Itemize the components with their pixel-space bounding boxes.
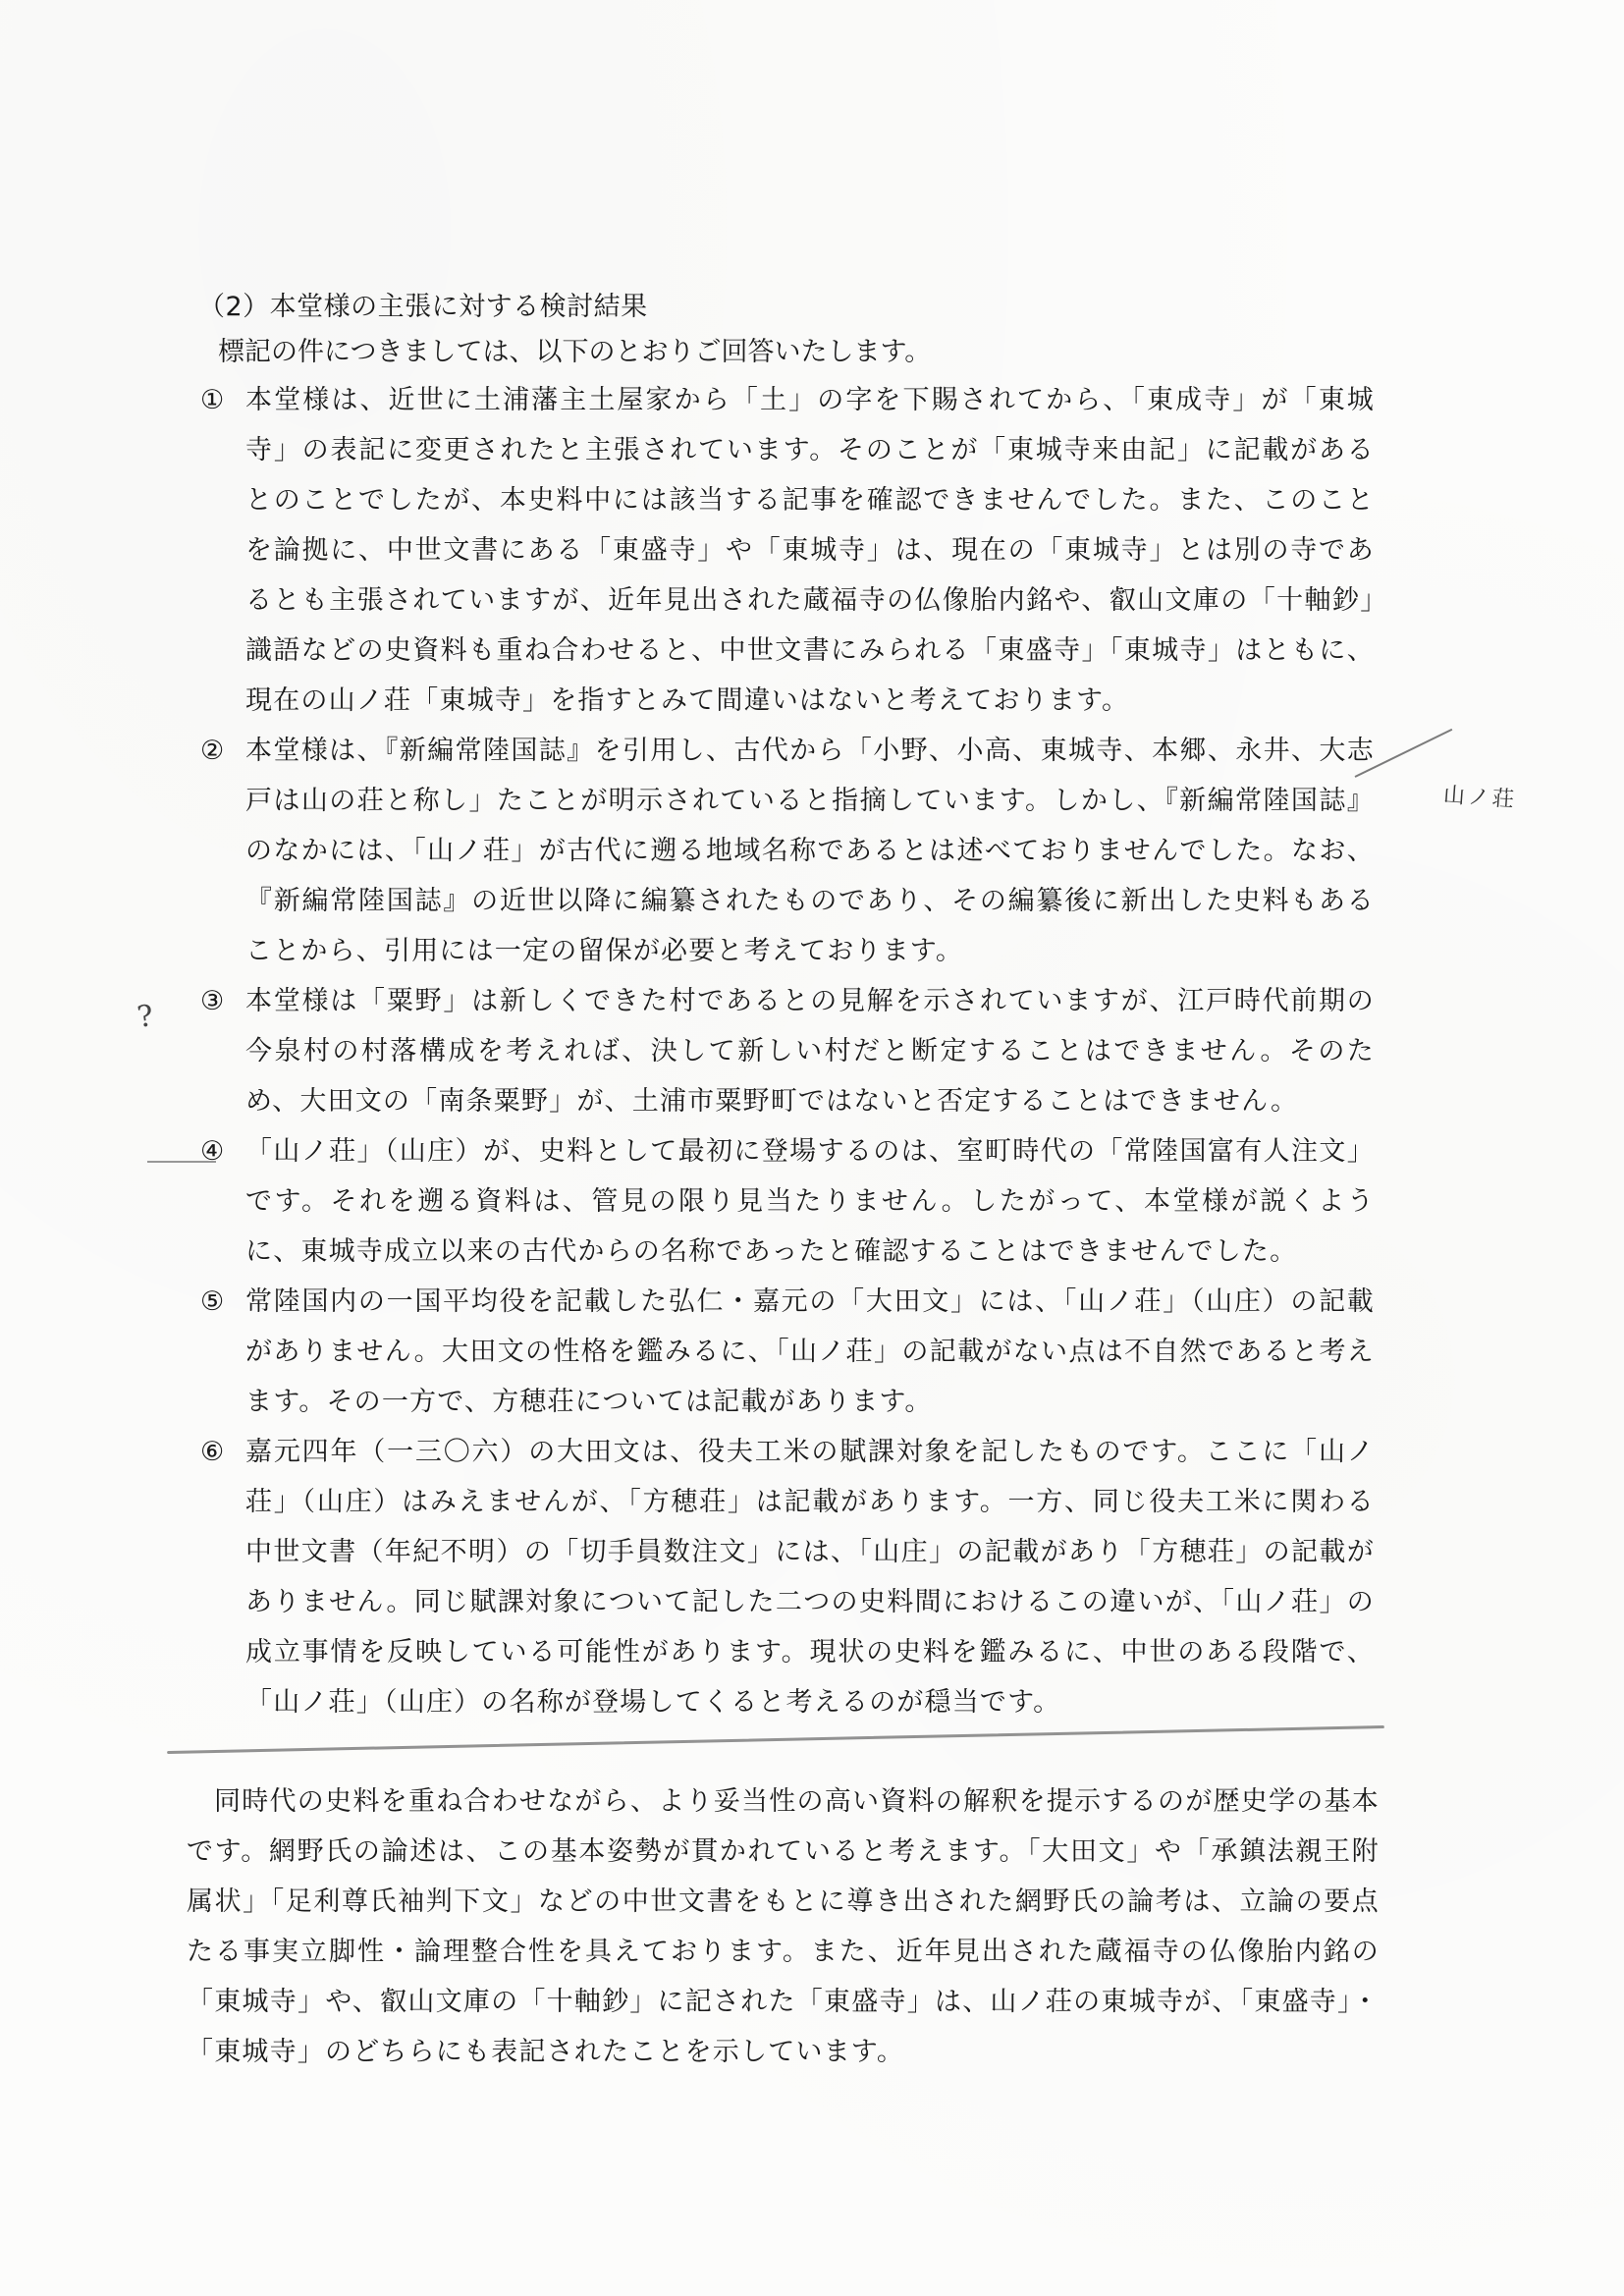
- finding-item-3: ③ 本堂様は「粟野」は新しくできた村であるとの見解を示されていますが、江戸時代前…: [196, 976, 1375, 1126]
- finding-item-2: ② 本堂様は、『新編常陸国誌』を引用し、古代から「小野、小高、東城寺、本郷、永井…: [196, 726, 1375, 976]
- item-number: ⑤: [200, 1277, 225, 1327]
- handwritten-underline: [167, 1725, 1384, 1754]
- item-text: 本堂様は、『新編常陸国誌』を引用し、古代から「小野、小高、東城寺、本郷、永井、大…: [245, 726, 1375, 976]
- item-text: 常陸国内の一国平均役を記載した弘仁・嘉元の「大田文」には、「山ノ荘」（山庄）の記…: [245, 1277, 1375, 1427]
- findings-list: ① 本堂様は、近世に土浦藩主土屋家から「土」の字を下賜されてから、「東成寺」が「…: [196, 375, 1375, 1727]
- conclusion-paragraph: 同時代の史料を重ね合わせながら、より妥当性の高い資料の解釈を提示するのが歴史学の…: [187, 1777, 1380, 2077]
- finding-item-5: ⑤ 常陸国内の一国平均役を記載した弘仁・嘉元の「大田文」には、「山ノ荘」（山庄）…: [196, 1277, 1375, 1427]
- item-number: ②: [200, 726, 225, 776]
- item-number: ⑥: [200, 1427, 225, 1477]
- document-body: （2）本堂様の主張に対する検討結果 標記の件につきましては、以下のとおりご回答い…: [196, 285, 1375, 2104]
- handwritten-question-mark: ?: [135, 999, 156, 1035]
- item-text: 嘉元四年（一三〇六）の大田文は、役夫工米の賦課対象を記したものです。ここに「山ノ…: [245, 1427, 1375, 1727]
- item-text: 本堂様は、近世に土浦藩主土屋家から「土」の字を下賜されてから、「東成寺」が「東城…: [245, 375, 1375, 726]
- item-number: ④: [200, 1126, 225, 1176]
- item-text: 「山ノ荘」（山庄）が、史料として最初に登場するのは、室町時代の「常陸国富有人注文…: [245, 1126, 1375, 1277]
- item-text: 本堂様は「粟野」は新しくできた村であるとの見解を示されていますが、江戸時代前期の…: [245, 976, 1375, 1126]
- section-heading: （2）本堂様の主張に対する検討結果: [198, 285, 1377, 330]
- finding-item-6: ⑥ 嘉元四年（一三〇六）の大田文は、役夫工米の賦課対象を記したものです。ここに「…: [196, 1427, 1375, 1727]
- intro-paragraph: 標記の件につきましては、以下のとおりご回答いたします。: [218, 330, 1375, 375]
- item-number: ①: [200, 375, 225, 425]
- item-number: ③: [200, 976, 225, 1026]
- handwritten-margin-note: 山ノ荘: [1442, 778, 1518, 813]
- scanned-page: 山ノ荘 ? （2）本堂様の主張に対する検討結果 標記の件につきましては、以下のと…: [0, 0, 1624, 2296]
- finding-item-1: ① 本堂様は、近世に土浦藩主土屋家から「土」の字を下賜されてから、「東成寺」が「…: [196, 375, 1375, 726]
- finding-item-4: ④ 「山ノ荘」（山庄）が、史料として最初に登場するのは、室町時代の「常陸国富有人…: [196, 1126, 1375, 1277]
